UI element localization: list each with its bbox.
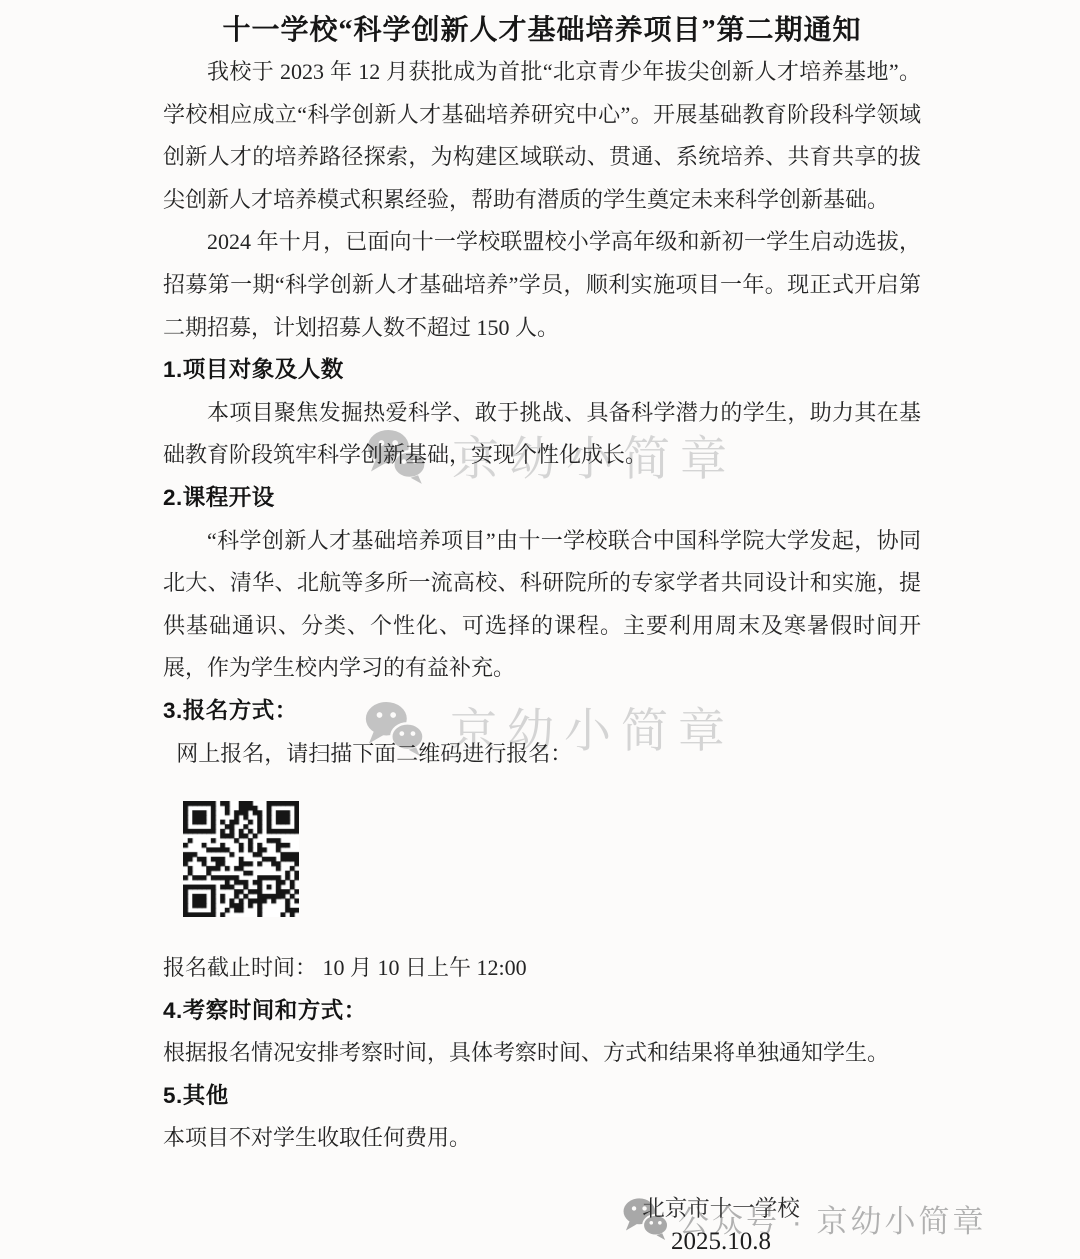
signature-block: 北京市十一学校 2025.10.8 (638, 1192, 804, 1259)
section4-body: 根据报名情况安排考察时间，具体考察时间、方式和结果将单独通知学生。 (163, 1032, 921, 1075)
section3-body: 网上报名，请扫描下面二维码进行报名： (163, 733, 921, 776)
section4-heading: 4.考察时间和方式： (163, 990, 921, 1033)
intro-paragraph-2: 2024 年十月，已面向十一学校联盟校小学高年级和新初一学生启动选拔，招募第一期… (163, 221, 921, 349)
section2-body: “科学创新人才基础培养项目”由十一学校联合中国科学院大学发起，协同北大、清华、北… (163, 520, 921, 690)
section5-heading: 5.其他 (163, 1075, 921, 1118)
section2-heading: 2.课程开设 (163, 477, 921, 520)
section5-body: 本项目不对学生收取任何费用。 (163, 1117, 921, 1160)
notice-document: 京幼小简章 京幼小简章 公众号 · 京幼小简章 十一 (0, 0, 1080, 1259)
intro-paragraph-1: 我校于 2023 年 12 月获批成为首批“北京青少年拔尖创新人才培养基地”。学… (163, 51, 921, 221)
signature-date: 2025.10.8 (638, 1225, 804, 1259)
signup-qr-code (183, 801, 299, 917)
signup-deadline: 报名截止时间： 10 月 10 日上午 12:00 (163, 947, 921, 990)
section1-body: 本项目聚焦发掘热爱科学、敢于挑战、具备科学潜力的学生，助力其在基础教育阶段筑牢科… (163, 392, 921, 477)
qr-code-image (183, 801, 299, 917)
section1-heading: 1.项目对象及人数 (163, 349, 921, 392)
document-body: 十一学校“科学创新人才基础培养项目”第二期通知 我校于 2023 年 12 月获… (163, 12, 921, 1160)
section3-heading: 3.报名方式： (163, 690, 921, 733)
page-title: 十一学校“科学创新人才基础培养项目”第二期通知 (163, 12, 921, 50)
signature-school: 北京市十一学校 (638, 1192, 804, 1225)
